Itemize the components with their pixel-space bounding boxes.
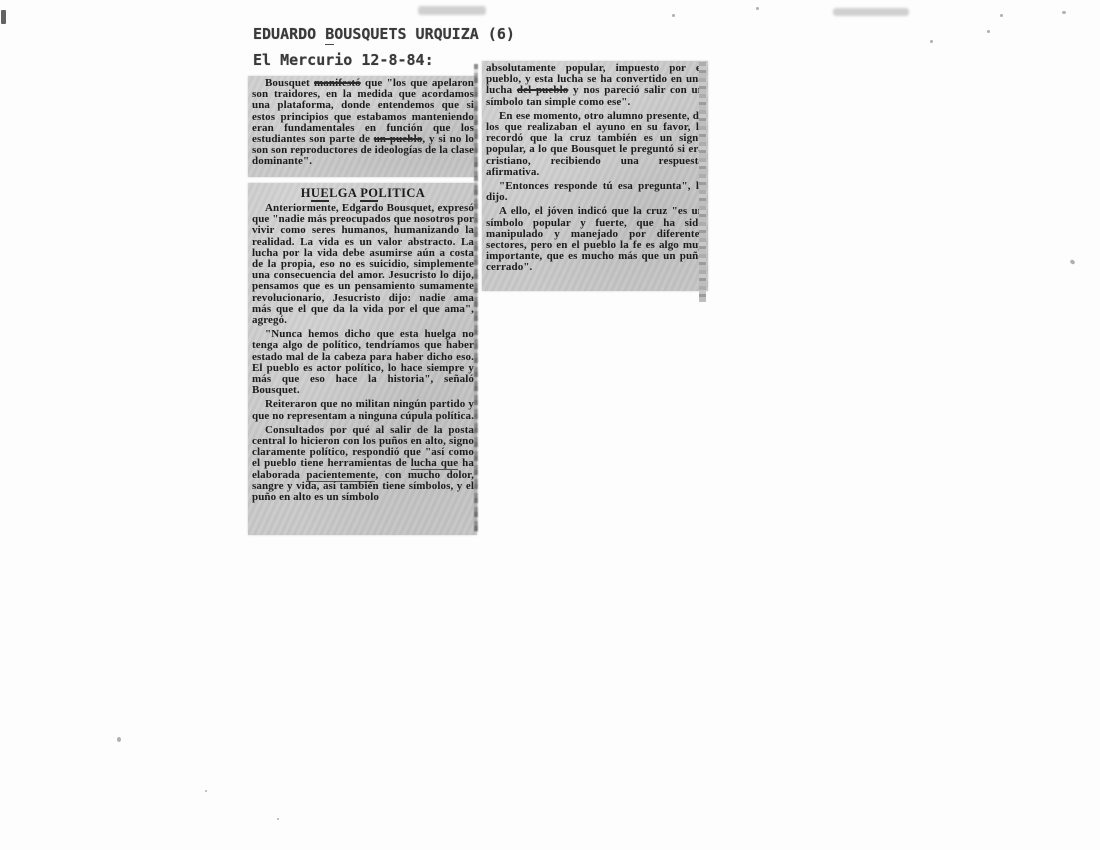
text-run: Reiteraron que no militan ningún partido… — [252, 398, 474, 421]
scan-speck — [1000, 14, 1003, 17]
struck-through-text: un pueblo — [374, 133, 423, 145]
scan-speck — [205, 790, 207, 792]
text-run: LITICA — [378, 186, 425, 200]
paragraph: "Entonces responde tú esa pregunta", le … — [486, 181, 704, 203]
scan-speck — [930, 40, 933, 43]
scan-speck — [672, 14, 675, 17]
paragraph: Reiteraron que no militan ningún partido… — [252, 399, 474, 421]
scan-speck — [1069, 259, 1075, 265]
text-run: A ello, el jóven indicó que la cruz "es … — [486, 205, 704, 273]
scan-speck — [117, 737, 121, 742]
text-run: OUSQUETS URQUIZA (6) — [334, 25, 515, 43]
text-run: Bousquet — [265, 77, 314, 89]
scan-speck — [277, 818, 279, 820]
typed-header: EDUARDO BOUSQUETS URQUIZA (6)El Mercurio… — [253, 21, 515, 73]
text-run: Anteriormente, Edgardo Bousquet, expresó… — [252, 202, 474, 326]
paragraph: EDUARDO BOUSQUETS URQUIZA (6) — [253, 21, 515, 47]
struck-through-text: manifestó — [314, 77, 361, 89]
paragraph: Consultados por qué al salir de la posta… — [252, 425, 474, 503]
paragraph: En ese momento, otro alumno presente, de… — [486, 111, 704, 178]
struck-through-text: del pueblo — [517, 84, 568, 96]
paragraph: Bousquet manifestó que "los que apelaron… — [252, 78, 474, 168]
section-heading: HUELGA POLITICA — [252, 186, 474, 200]
scan-speck — [1062, 11, 1066, 14]
text-run: En ese momento, otro alumno presente, de… — [486, 110, 704, 178]
clipping-column1-top: Bousquet manifestó que "los que apelaron… — [248, 76, 477, 177]
text-run: "Entonces responde tú esa pregunta", le … — [486, 180, 704, 203]
text-run: LGA — [329, 186, 360, 200]
text-run: H — [301, 186, 311, 200]
text-run: El Mercurio 12-8-84: — [253, 51, 434, 69]
scan-smudge — [418, 6, 486, 15]
underlined-letter: B — [325, 25, 334, 45]
paragraph: "Nunca hemos dicho que esta huelga no te… — [252, 329, 474, 396]
scan-speck — [756, 7, 759, 10]
paragraph: A ello, el jóven indicó que la cruz "es … — [486, 206, 704, 273]
paragraph: Anteriormente, Edgardo Bousquet, expresó… — [252, 203, 474, 326]
scan-speck — [575, 145, 577, 147]
scanned-page: EDUARDO BOUSQUETS URQUIZA (6)El Mercurio… — [0, 0, 1100, 850]
clipping-column1-main: HUELGA POLITICAAnteriormente, Edgardo Bo… — [248, 183, 477, 535]
pencil-underlined-text: PO — [360, 186, 378, 202]
paragraph: absolutamente popular, impuesto por el p… — [486, 63, 704, 108]
text-run: "Nunca hemos dicho que esta huelga no te… — [252, 328, 474, 396]
pencil-underlined-text: UE — [311, 186, 329, 202]
scan-speck — [987, 30, 990, 33]
scan-smudge — [833, 8, 909, 16]
paragraph: El Mercurio 12-8-84: — [253, 47, 515, 73]
clipping-column2: absolutamente popular, impuesto por el p… — [482, 61, 708, 291]
text-run: EDUARDO — [253, 25, 325, 43]
scan-speck — [1, 10, 6, 24]
